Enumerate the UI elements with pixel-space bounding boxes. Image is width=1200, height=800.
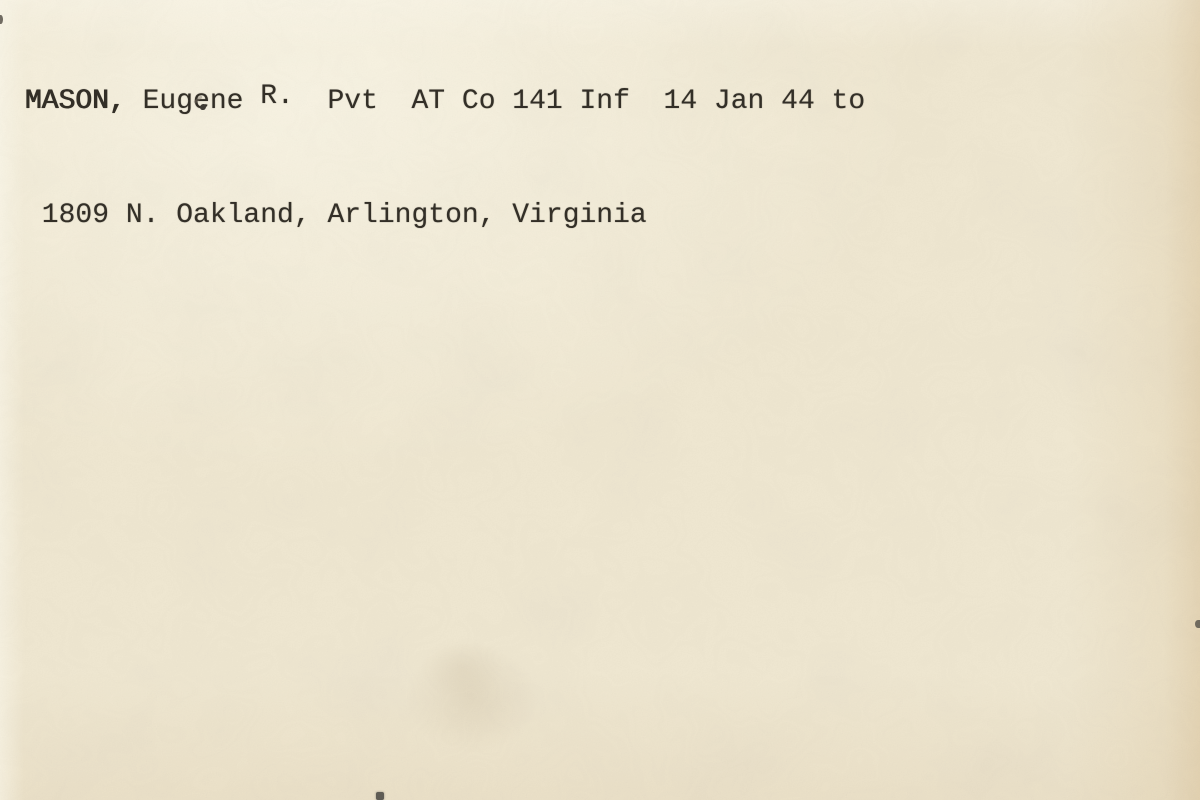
service-record-text: Pvt AT Co 141 Inf 14 Jan 44 to: [294, 86, 865, 117]
typewritten-text-block: MASON, Eugene R. Pvt AT Co 141 Inf 14 Ja…: [25, 7, 865, 311]
middle-initial-text: R.: [260, 81, 294, 112]
ink-speck-right-edge: [1195, 620, 1200, 628]
address-text: 1809 N. Oakland, Arlington, Virginia: [25, 200, 647, 231]
ink-speck-bottom: [376, 792, 384, 800]
index-card: MASON, Eugene R. Pvt AT Co 141 Inf 14 Ja…: [0, 0, 1200, 800]
ink-speck-left-edge: [0, 15, 3, 24]
typewritten-line-2: 1809 N. Oakland, Arlington, Virginia: [25, 197, 865, 235]
typewritten-line-1: MASON, Eugene R. Pvt AT Co 141 Inf 14 Ja…: [25, 83, 865, 121]
surname-text: MASON,: [25, 86, 126, 117]
